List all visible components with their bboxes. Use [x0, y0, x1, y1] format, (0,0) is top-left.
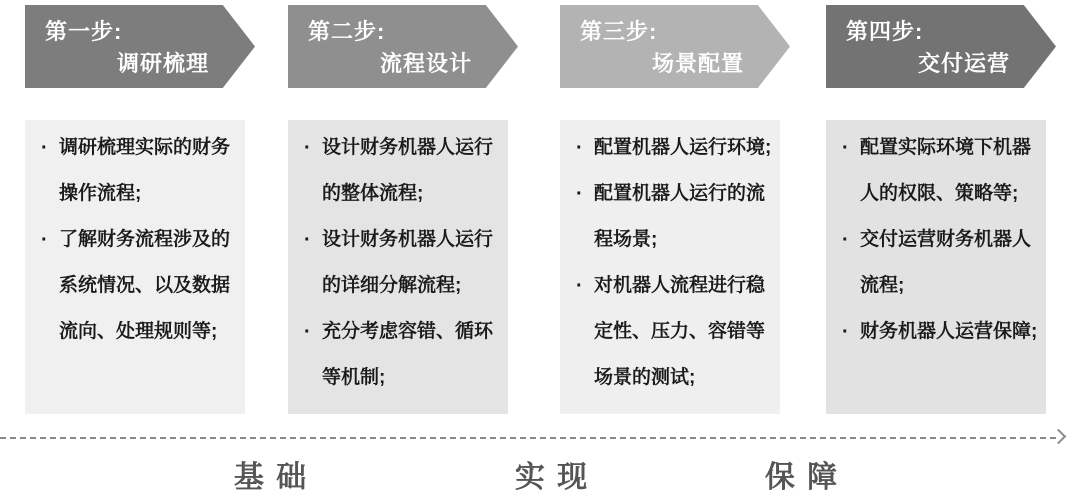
bullet-icon: ·: [576, 171, 583, 217]
bullet-item: ·调研梳理实际的财务操作流程;: [39, 125, 241, 217]
bullet-list: ·配置实际环境下机器人的权限、策略等; ·交付运营财务机器人流程; ·财务机器人…: [840, 125, 1042, 355]
bullet-icon: ·: [41, 125, 48, 171]
bullet-text: 财务机器人运营保障;: [860, 321, 1037, 342]
bullet-text: 调研梳理实际的财务操作流程;: [59, 137, 230, 204]
bullet-item: ·对机器人流程进行稳定性、压力、容错等场景的测试;: [574, 263, 776, 401]
bullet-text: 对机器人流程进行稳定性、压力、容错等场景的测试;: [594, 275, 765, 388]
phase-label-assurance: 保 障: [765, 452, 839, 490]
bullet-text: 了解财务流程涉及的系统情况、以及数据流向、处理规则等;: [59, 229, 230, 342]
step-arrow-1: 第一步: 调研梳理: [25, 5, 255, 88]
step-title-label: 交付运营: [826, 48, 1056, 80]
step-number-label: 第三步:: [560, 5, 790, 48]
bullet-text: 配置机器人运行的流程场景;: [594, 183, 765, 250]
step-number-label: 第四步:: [826, 5, 1056, 48]
bullet-list: ·调研梳理实际的财务操作流程; ·了解财务流程涉及的系统情况、以及数据流向、处理…: [39, 125, 241, 355]
bullet-item: ·配置机器人运行的流程场景;: [574, 171, 776, 263]
step-title-label: 场景配置: [560, 48, 790, 80]
step-content-box-4: ·配置实际环境下机器人的权限、策略等; ·交付运营财务机器人流程; ·财务机器人…: [826, 120, 1046, 414]
bullet-item: ·交付运营财务机器人流程;: [840, 217, 1042, 309]
step-content-box-3: ·配置机器人运行环境; ·配置机器人运行的流程场景; ·对机器人流程进行稳定性、…: [560, 120, 780, 414]
process-diagram: 第一步: 调研梳理 ·调研梳理实际的财务操作流程; ·了解财务流程涉及的系统情况…: [0, 0, 1080, 490]
bullet-item: ·配置实际环境下机器人的权限、策略等;: [840, 125, 1042, 217]
step-number-label: 第一步:: [25, 5, 255, 48]
bullet-text: 交付运营财务机器人流程;: [860, 229, 1031, 296]
bullet-item: ·设计财务机器人运行的详细分解流程;: [302, 217, 504, 309]
bullet-item: ·配置机器人运行环境;: [574, 125, 776, 171]
step-title-label: 流程设计: [288, 48, 518, 80]
bullet-icon: ·: [41, 217, 48, 263]
bullet-list: ·设计财务机器人运行的整体流程; ·设计财务机器人运行的详细分解流程; ·充分考…: [302, 125, 504, 401]
bullet-item: ·设计财务机器人运行的整体流程;: [302, 125, 504, 217]
phase-label-foundation: 基 础: [234, 452, 308, 490]
bullet-text: 配置机器人运行环境;: [594, 137, 771, 158]
bullet-list: ·配置机器人运行环境; ·配置机器人运行的流程场景; ·对机器人流程进行稳定性、…: [574, 125, 776, 401]
bullet-icon: ·: [576, 125, 583, 171]
step-content-box-1: ·调研梳理实际的财务操作流程; ·了解财务流程涉及的系统情况、以及数据流向、处理…: [25, 120, 245, 414]
bullet-text: 充分考虑容错、循环等机制;: [322, 321, 493, 388]
timeline-dashed-line: [0, 437, 1060, 439]
step-arrow-4: 第四步: 交付运营: [826, 5, 1056, 88]
step-number-label: 第二步:: [288, 5, 518, 48]
bullet-icon: ·: [842, 217, 849, 263]
bullet-item: ·充分考虑容错、循环等机制;: [302, 309, 504, 401]
bullet-icon: ·: [842, 309, 849, 355]
bullet-icon: ·: [304, 309, 311, 355]
bullet-text: 配置实际环境下机器人的权限、策略等;: [860, 137, 1031, 204]
bullet-icon: ·: [576, 263, 583, 309]
step-content-box-2: ·设计财务机器人运行的整体流程; ·设计财务机器人运行的详细分解流程; ·充分考…: [288, 120, 508, 414]
bullet-icon: ·: [304, 217, 311, 263]
bullet-text: 设计财务机器人运行的详细分解流程;: [322, 229, 493, 296]
step-arrow-2: 第二步: 流程设计: [288, 5, 518, 88]
bullet-item: ·财务机器人运营保障;: [840, 309, 1042, 355]
bullet-item: ·了解财务流程涉及的系统情况、以及数据流向、处理规则等;: [39, 217, 241, 355]
bullet-text: 设计财务机器人运行的整体流程;: [322, 137, 493, 204]
bullet-icon: ·: [842, 125, 849, 171]
arrow-right-icon: [1051, 429, 1067, 445]
phase-label-implementation: 实 现: [515, 452, 589, 490]
step-title-label: 调研梳理: [25, 48, 255, 80]
step-arrow-3: 第三步: 场景配置: [560, 5, 790, 88]
bullet-icon: ·: [304, 125, 311, 171]
